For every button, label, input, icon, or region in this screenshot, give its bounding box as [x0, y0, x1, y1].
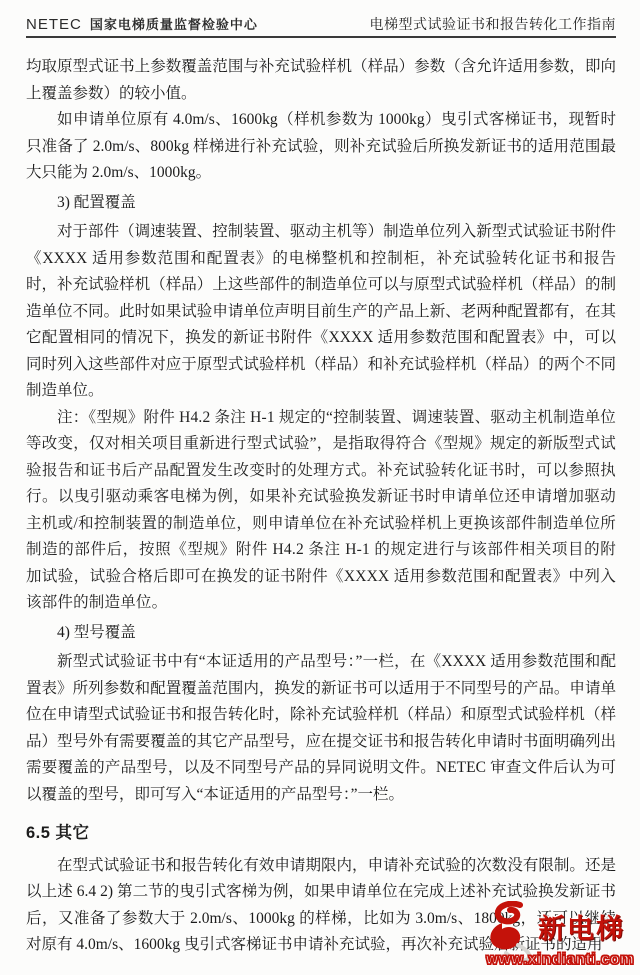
paragraph-continued: 均取原型式证书上参数覆盖范围与补充试验样机（样品）参数（含允许适用参数，即向上覆… [26, 54, 616, 107]
xindianti-watermark: 新电梯 www.xindianti.com [480, 899, 638, 971]
organization-name: 国家电梯质量监督检验中心 [90, 14, 258, 33]
paragraph-model-cover: 新型式试验证书中有“本证适用的产品型号：”一栏，在《XXXX 适用参数范围和配置… [26, 649, 616, 808]
watermark-url-text: www.xindianti.com [486, 951, 634, 969]
paragraph-config-cover: 对于部件（调速装置、控制装置、驱动主机等）制造单位列入新型式试验证书附件《XXX… [26, 219, 616, 405]
document-title: 电梯型式试验证书和报告转化工作指南 [370, 14, 617, 34]
paragraph-example: 如申请单位原有 4.0m/s、1600kg（样机参数为 1000kg）曳引式客梯… [26, 107, 616, 187]
document-body: 均取原型式证书上参数覆盖范围与补充试验样机（样品）参数（含允许适用参数，即向上覆… [26, 54, 616, 959]
page-header: NETEC 国家电梯质量监督检验中心 电梯型式试验证书和报告转化工作指南 [26, 14, 616, 34]
document-page: NETEC 国家电梯质量监督检验中心 电梯型式试验证书和报告转化工作指南 均取原… [0, 0, 640, 975]
sub-heading-config-cover: 3) 配置覆盖 [26, 190, 616, 217]
paragraph-note: 注：《型规》附件 H4.2 条注 H-1 规定的“控制装置、调速装置、驱动主机制… [26, 405, 616, 617]
watermark-brand-text: 新电梯 [538, 907, 625, 946]
sub-heading-model-cover: 4) 型号覆盖 [26, 620, 616, 647]
netec-logo-text: NETEC [26, 16, 82, 33]
section-heading-other: 6.5 其它 [26, 820, 616, 847]
header-left: NETEC 国家电梯质量监督检验中心 [26, 14, 258, 33]
header-divider [26, 36, 616, 38]
